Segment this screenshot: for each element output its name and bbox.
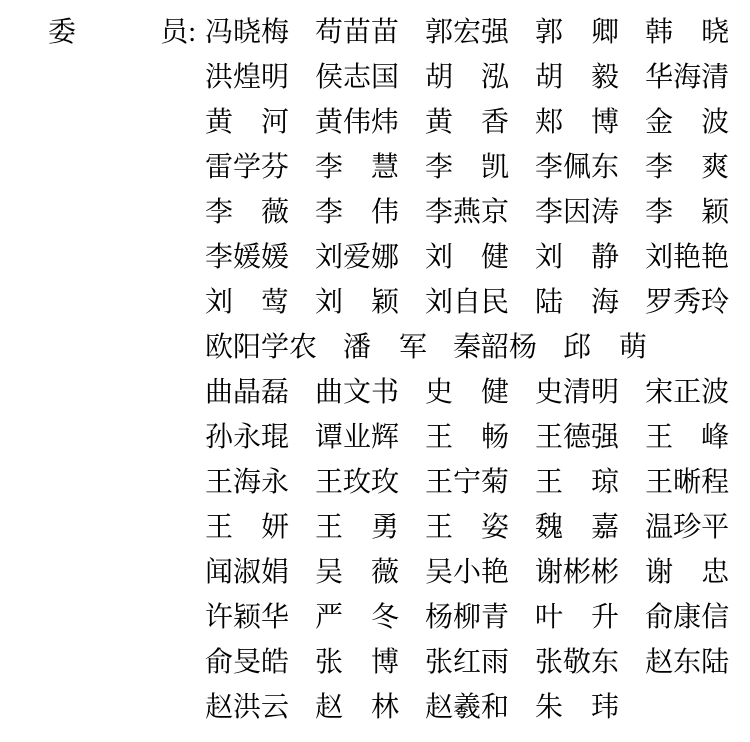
member-name: 黄 香	[425, 100, 509, 145]
row-indent-spacer	[48, 220, 205, 221]
member-name: 李 慧	[315, 145, 399, 190]
member-row: 孙永琨谭业辉王 畅王德强王 峰	[0, 415, 750, 460]
label-char-yuan-colon: 员:	[160, 10, 196, 55]
committee-label: 委 员:	[48, 10, 196, 55]
member-row: 曲晶磊曲文书史 健史清明宋正波	[0, 370, 750, 415]
member-name: 秦韶杨	[453, 325, 537, 370]
member-name: 吴小艳	[425, 550, 509, 595]
member-name: 胡 毅	[535, 55, 619, 100]
member-name: 胡 泓	[425, 55, 509, 100]
member-name: 谢 忠	[645, 550, 729, 595]
member-name: 李 颖	[645, 190, 729, 235]
member-name: 闻淑娟	[205, 550, 289, 595]
member-name: 刘 莺	[205, 280, 289, 325]
row-indent-spacer	[48, 670, 205, 671]
member-name: 洪煌明	[205, 55, 289, 100]
member-name: 严 冬	[315, 595, 399, 640]
member-name: 李 凯	[425, 145, 509, 190]
member-name: 曲晶磊	[205, 370, 289, 415]
member-name: 王 姿	[425, 505, 509, 550]
row-indent-spacer	[48, 535, 205, 536]
member-name: 赵洪云	[205, 685, 289, 730]
member-name: 苟苗苗	[315, 10, 399, 55]
row-indent-spacer	[48, 580, 205, 581]
document-page: 委 员: 冯晓梅苟苗苗郭宏强郭 卿韩 晓 洪煌明侯志国胡 泓胡 毅华海清黄 河黄…	[0, 0, 750, 742]
member-name: 史 健	[425, 370, 509, 415]
member-name: 刘艳艳	[645, 235, 729, 280]
member-name: 杨柳青	[425, 595, 509, 640]
member-name: 刘 颖	[315, 280, 399, 325]
row-indent-spacer	[48, 715, 205, 716]
member-name: 冯晓梅	[205, 10, 289, 55]
member-name: 李佩东	[535, 145, 619, 190]
label-char-wei: 委	[48, 10, 76, 55]
member-row: 王 妍王 勇王 姿魏 嘉温珍平	[0, 505, 750, 550]
member-row: 李 薇李 伟李燕京李因涛李 颖	[0, 190, 750, 235]
member-name: 张敬东	[535, 640, 619, 685]
member-name: 欧阳学农	[205, 325, 317, 370]
member-name: 黄伟炜	[315, 100, 399, 145]
member-name: 李 薇	[205, 190, 289, 235]
member-name: 邱 萌	[563, 325, 647, 370]
member-name: 曲文书	[315, 370, 399, 415]
member-name: 张 博	[315, 640, 399, 685]
member-name: 王 峰	[645, 415, 729, 460]
member-row: 李媛媛刘爱娜刘 健刘 静刘艳艳	[0, 235, 750, 280]
member-name: 刘爱娜	[315, 235, 399, 280]
member-name: 王 勇	[315, 505, 399, 550]
member-name: 王玫玫	[315, 460, 399, 505]
member-row: 雷学芬李 慧李 凯李佩东李 爽	[0, 145, 750, 190]
member-row: 王海永王玫玫王宁菊王 琼王晰程	[0, 460, 750, 505]
member-name: 魏 嘉	[535, 505, 619, 550]
member-name: 郏 博	[535, 100, 619, 145]
member-name: 谢彬彬	[535, 550, 619, 595]
member-name: 黄 河	[205, 100, 289, 145]
member-name: 叶 升	[535, 595, 619, 640]
row-indent-spacer	[48, 310, 205, 311]
member-name: 罗秀玲	[645, 280, 729, 325]
member-name: 王 琼	[535, 460, 619, 505]
member-name: 李 伟	[315, 190, 399, 235]
row-indent-spacer	[48, 355, 205, 356]
member-name: 刘自民	[425, 280, 509, 325]
member-row: 闻淑娟吴 薇吴小艳谢彬彬谢 忠	[0, 550, 750, 595]
name-group: 冯晓梅苟苗苗郭宏强郭 卿韩 晓	[205, 17, 729, 48]
member-name: 孙永琨	[205, 415, 289, 460]
member-name: 王宁菊	[425, 460, 509, 505]
member-name: 俞旻皓	[205, 640, 289, 685]
member-name: 朱 玮	[535, 685, 619, 730]
row-indent-spacer	[48, 130, 205, 131]
member-name: 李 爽	[645, 145, 729, 190]
member-name: 刘 健	[425, 235, 509, 280]
member-name: 侯志国	[315, 55, 399, 100]
member-name: 李媛媛	[205, 235, 289, 280]
member-name: 俞康信	[645, 595, 729, 640]
member-name: 温珍平	[645, 505, 729, 550]
member-name: 李因涛	[535, 190, 619, 235]
row-indent-spacer	[48, 625, 205, 626]
row-indent-spacer	[48, 85, 205, 86]
member-name: 雷学芬	[205, 145, 289, 190]
member-name: 韩 晓	[645, 10, 729, 55]
member-name: 吴 薇	[315, 550, 399, 595]
member-name: 许颖华	[205, 595, 289, 640]
member-row-first: 委 员: 冯晓梅苟苗苗郭宏强郭 卿韩 晓	[0, 10, 750, 55]
member-row: 刘 莺刘 颖刘自民陆 海罗秀玲	[0, 280, 750, 325]
member-name: 王 妍	[205, 505, 289, 550]
member-row: 俞旻皓张 博张红雨张敬东赵东陆	[0, 640, 750, 685]
member-name: 郭宏强	[425, 10, 509, 55]
member-name: 张红雨	[425, 640, 509, 685]
member-name: 宋正波	[645, 370, 729, 415]
member-name: 王 畅	[425, 415, 509, 460]
member-name: 刘 静	[535, 235, 619, 280]
member-name: 王海永	[205, 460, 289, 505]
member-name: 华海清	[645, 55, 729, 100]
member-name: 郭 卿	[535, 10, 619, 55]
member-name: 王德强	[535, 415, 619, 460]
row-indent-spacer	[48, 175, 205, 176]
row-indent-spacer	[48, 490, 205, 491]
member-name: 赵东陆	[645, 640, 729, 685]
member-name: 王晰程	[645, 460, 729, 505]
member-rows: 洪煌明侯志国胡 泓胡 毅华海清黄 河黄伟炜黄 香郏 博金 波雷学芬李 慧李 凯李…	[0, 55, 750, 730]
member-name: 潘 军	[343, 325, 427, 370]
member-name: 史清明	[535, 370, 619, 415]
member-row: 黄 河黄伟炜黄 香郏 博金 波	[0, 100, 750, 145]
member-name: 陆 海	[535, 280, 619, 325]
row-indent-spacer	[48, 445, 205, 446]
member-name: 李燕京	[425, 190, 509, 235]
member-name: 谭业辉	[315, 415, 399, 460]
member-row: 赵洪云赵 林赵羲和朱 玮	[0, 685, 750, 730]
member-row: 许颖华严 冬杨柳青叶 升俞康信	[0, 595, 750, 640]
member-row: 洪煌明侯志国胡 泓胡 毅华海清	[0, 55, 750, 100]
member-row: 欧阳学农潘 军秦韶杨邱 萌	[0, 325, 750, 370]
member-name: 赵 林	[315, 685, 399, 730]
row-indent-spacer	[48, 400, 205, 401]
member-name: 金 波	[645, 100, 729, 145]
member-name: 赵羲和	[425, 685, 509, 730]
row-indent-spacer	[48, 265, 205, 266]
